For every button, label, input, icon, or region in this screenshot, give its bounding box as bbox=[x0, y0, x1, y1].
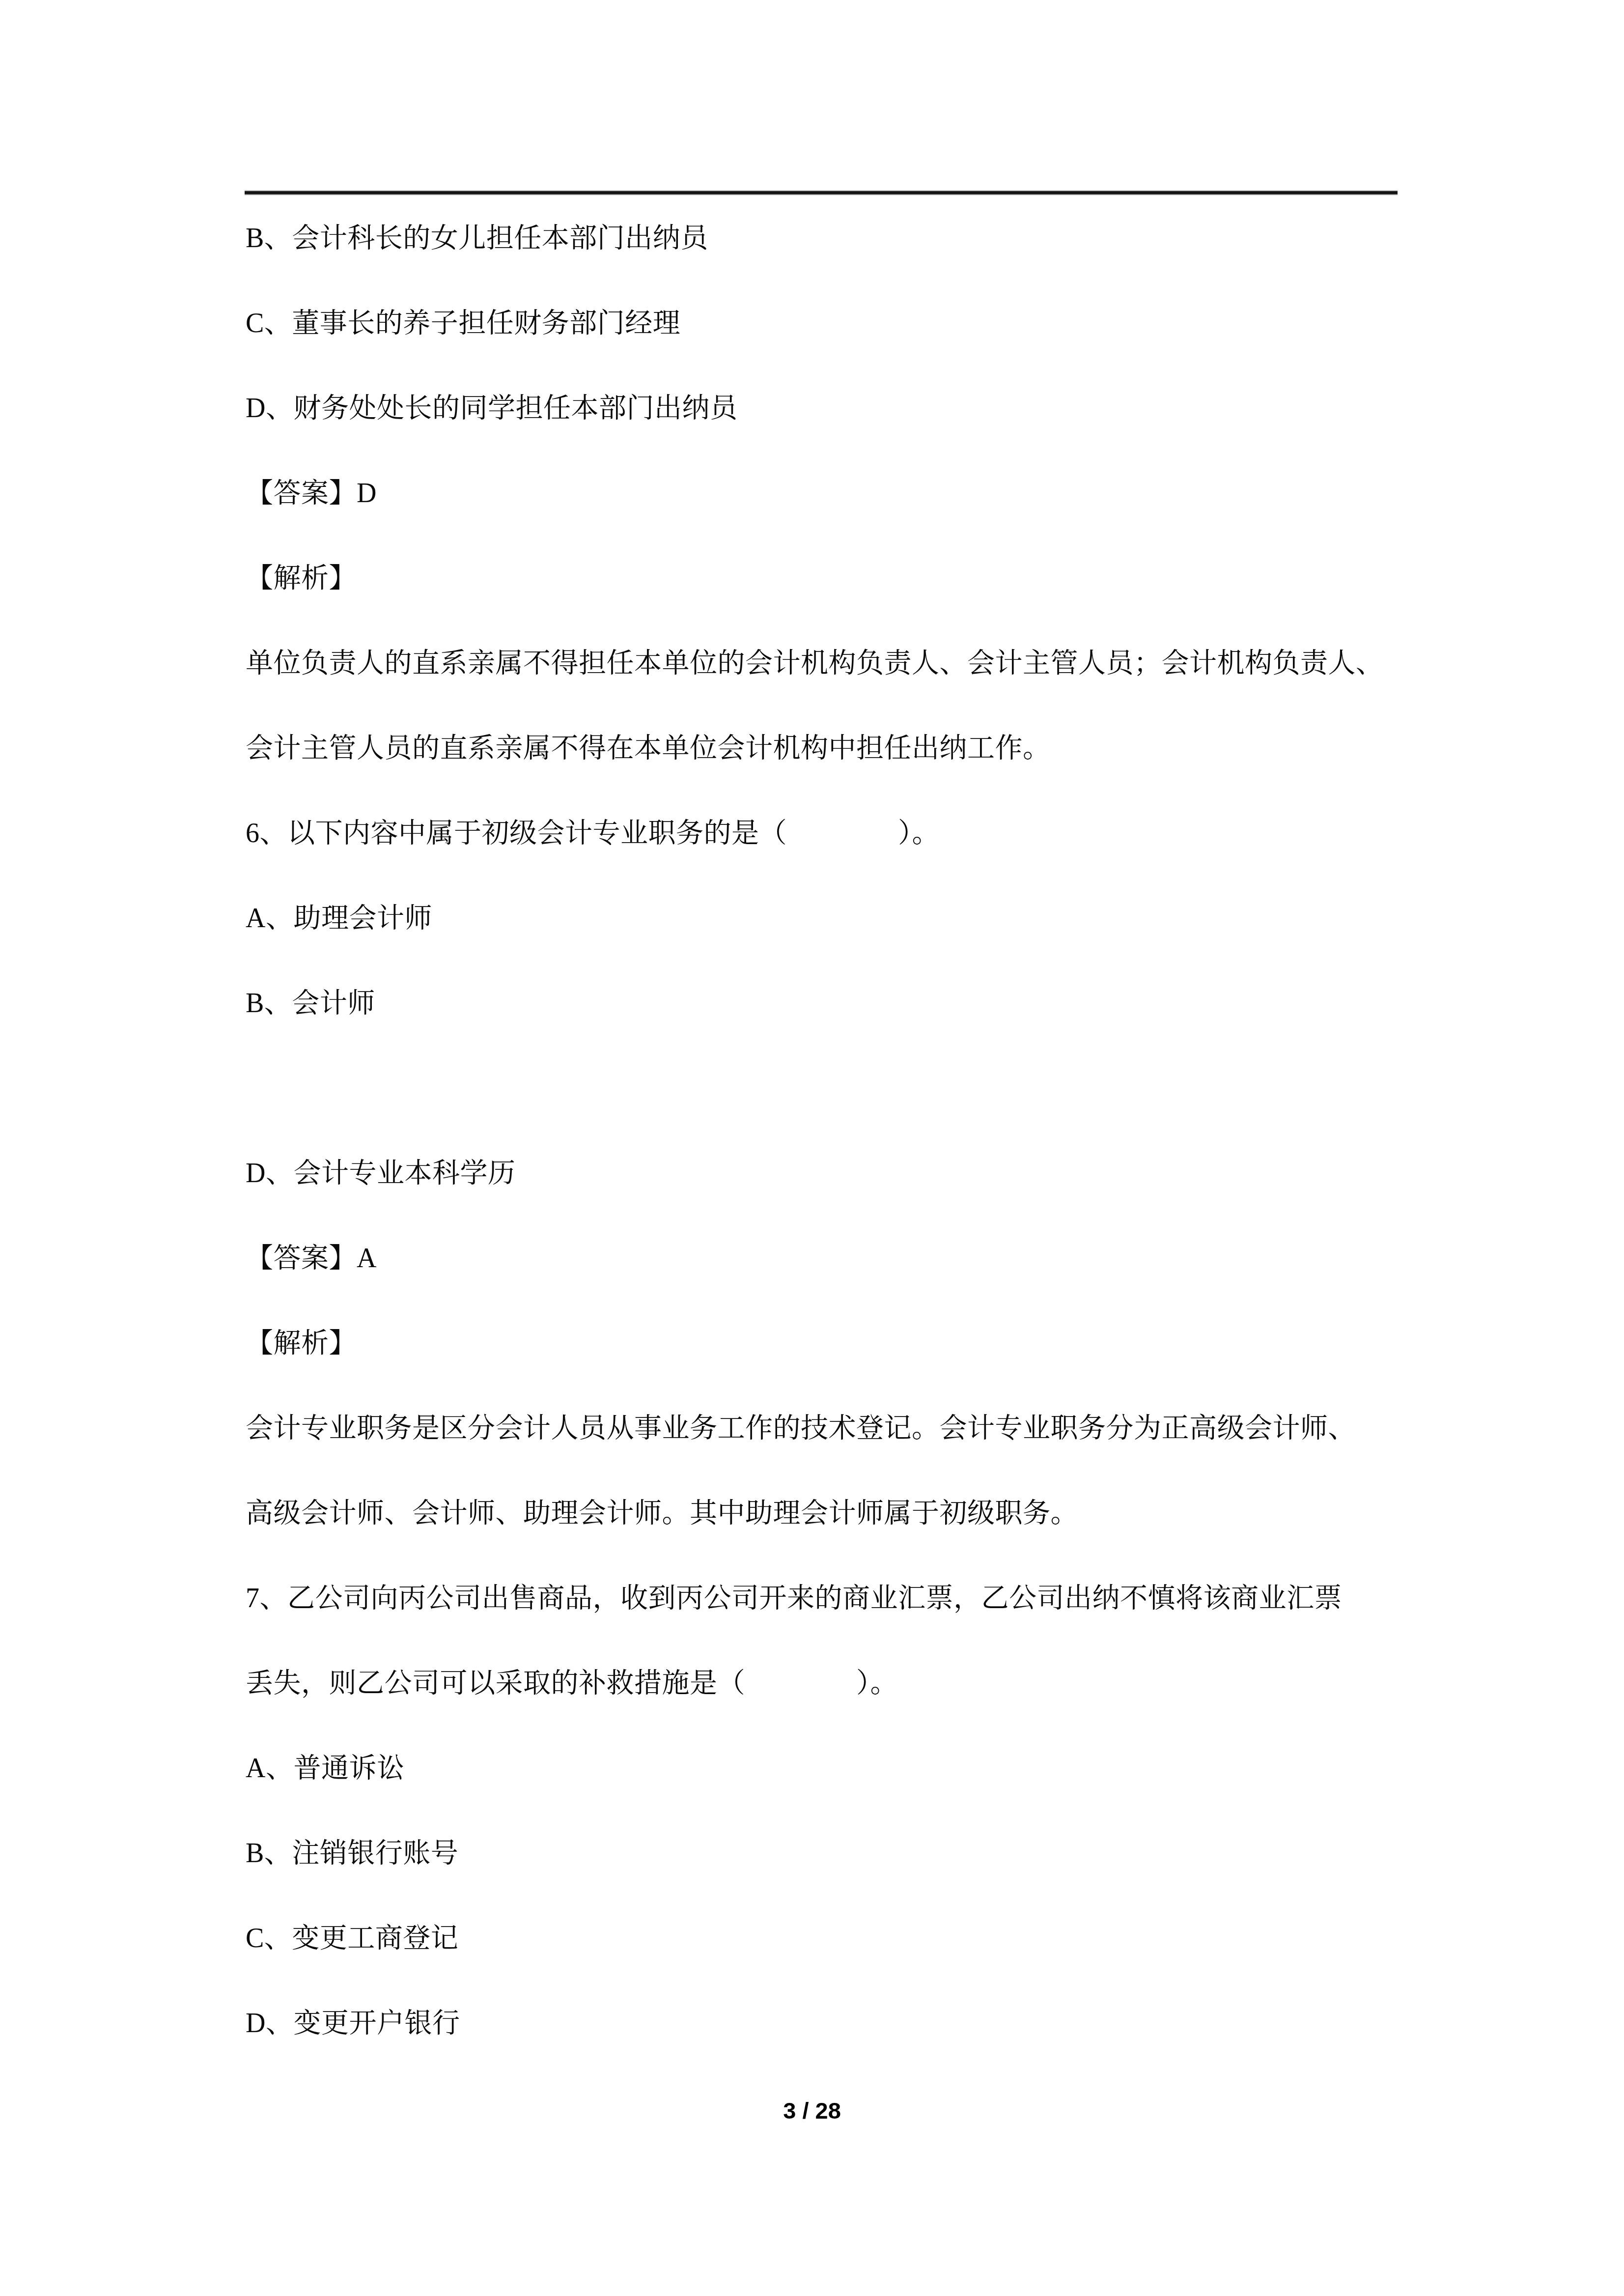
question6-analysis-line-1: 会计专业职务是区分会计人员从事业务工作的技术登记。会计专业职务分为正高级会计师、 bbox=[246, 1386, 1474, 1471]
question7-option-a: A、普通诉讼 bbox=[246, 1726, 1474, 1811]
question5-analysis-label: 【解析】 bbox=[246, 536, 1474, 621]
question6-analysis-line-2: 高级会计师、会计师、助理会计师。其中助理会计师属于初级职务。 bbox=[246, 1471, 1474, 1556]
blank-line bbox=[246, 1046, 1474, 1131]
question6-option-a: A、助理会计师 bbox=[246, 876, 1474, 961]
header-divider-rule bbox=[245, 190, 1398, 195]
question6-option-b: B、会计师 bbox=[246, 961, 1474, 1046]
question6-stem: 6、以下内容中属于初级会计专业职务的是（ ）。 bbox=[246, 791, 1474, 876]
document-body: B、会计科长的女儿担任本部门出纳员 C、董事长的养子担任财务部门经理 D、财务处… bbox=[246, 196, 1474, 2066]
question6-analysis-label: 【解析】 bbox=[246, 1301, 1474, 1386]
question6-option-d: D、会计专业本科学历 bbox=[246, 1131, 1474, 1216]
question7-stem-line-2: 丢失，则乙公司可以采取的补救措施是（ ）。 bbox=[246, 1641, 1474, 1726]
question5-analysis-line-2: 会计主管人员的直系亲属不得在本单位会计机构中担任出纳工作。 bbox=[246, 706, 1474, 791]
question7-option-d: D、变更开户银行 bbox=[246, 1981, 1474, 2066]
question5-analysis-line-1: 单位负责人的直系亲属不得担任本单位的会计机构负责人、会计主管人员；会计机构负责人… bbox=[246, 621, 1474, 706]
question6-answer: 【答案】A bbox=[246, 1216, 1474, 1301]
page-number: 3 / 28 bbox=[0, 2097, 1624, 2124]
question5-option-b: B、会计科长的女儿担任本部门出纳员 bbox=[246, 196, 1474, 281]
question5-option-c: C、董事长的养子担任财务部门经理 bbox=[246, 281, 1474, 366]
document-page: B、会计科长的女儿担任本部门出纳员 C、董事长的养子担任财务部门经理 D、财务处… bbox=[0, 0, 1624, 2296]
question7-option-c: C、变更工商登记 bbox=[246, 1896, 1474, 1981]
question7-option-b: B、注销银行账号 bbox=[246, 1811, 1474, 1896]
question5-answer: 【答案】D bbox=[246, 451, 1474, 536]
question5-option-d: D、财务处处长的同学担任本部门出纳员 bbox=[246, 366, 1474, 451]
question7-stem-line-1: 7、乙公司向丙公司出售商品，收到丙公司开来的商业汇票，乙公司出纳不慎将该商业汇票 bbox=[246, 1556, 1474, 1641]
